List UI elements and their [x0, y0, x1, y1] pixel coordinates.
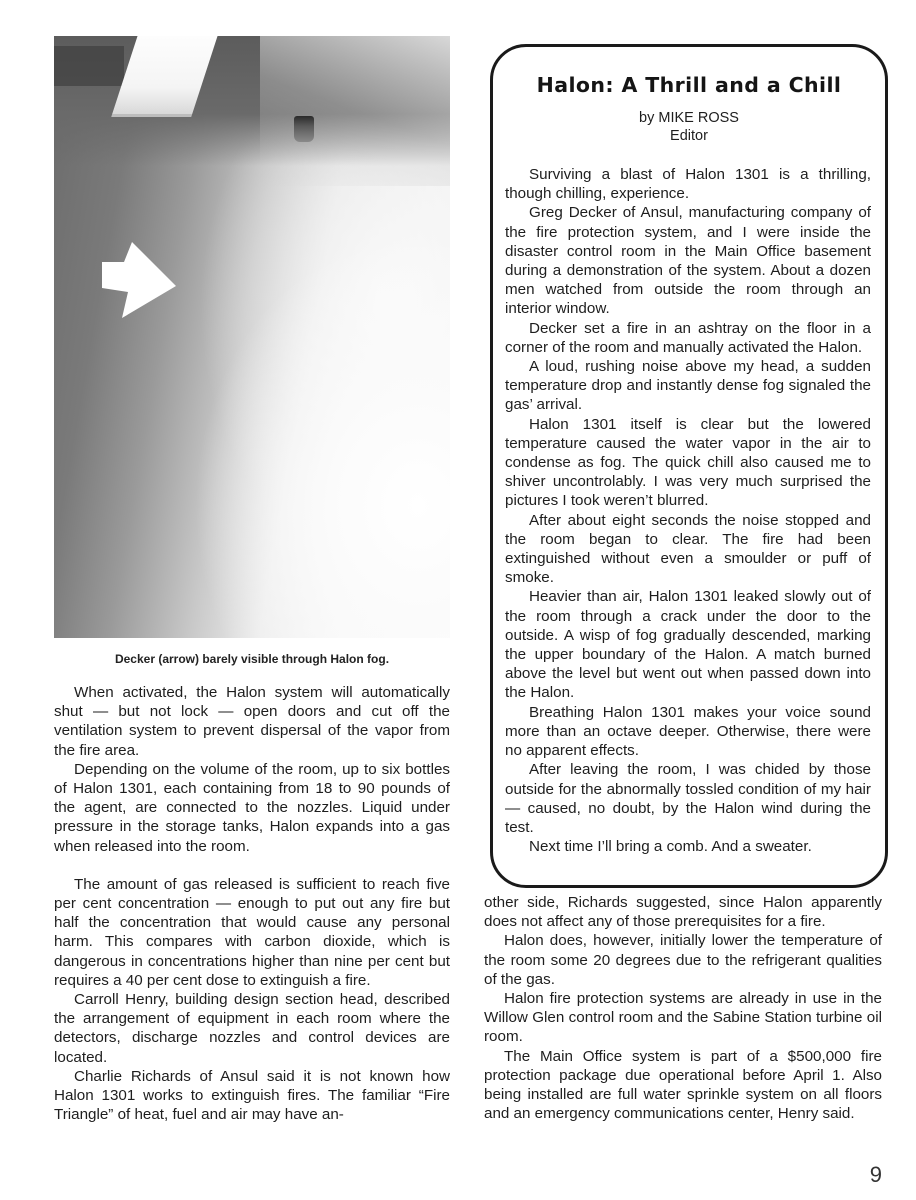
white-arrow-icon [102, 242, 176, 318]
left-column: When activated, the Halon system will au… [54, 683, 450, 1124]
right-paragraph: other side, Richards suggested, since Ha… [484, 893, 882, 931]
sidebar-paragraph: Heavier than air, Halon 1301 leaked slow… [505, 587, 871, 702]
right-paragraph: Halon fire protection systems are alread… [484, 989, 882, 1047]
left-paragraph: When activated, the Halon system will au… [54, 683, 450, 760]
left-paragraph: Carroll Henry, building design section h… [54, 990, 450, 1067]
sidebar-paragraph: Greg Decker of Ansul, manufacturing comp… [505, 203, 871, 318]
sidebar-byline: by MIKE ROSS Editor [493, 109, 885, 145]
sidebar-paragraph: After about eight seconds the noise stop… [505, 511, 871, 588]
sidebar-body: Surviving a blast of Halon 1301 is a thr… [505, 165, 871, 856]
photo-caption: Decker (arrow) barely visible through Ha… [54, 652, 450, 666]
right-column: other side, Richards suggested, since Ha… [484, 893, 882, 1123]
sidebar-paragraph: Decker set a fire in an ashtray on the f… [505, 319, 871, 357]
halon-fog-photo [54, 36, 450, 638]
sidebar-paragraph: Breathing Halon 1301 makes your voice so… [505, 703, 871, 761]
left-paragraph: Charlie Richards of Ansul said it is not… [54, 1067, 450, 1125]
author-role: Editor [493, 127, 885, 145]
sidebar-paragraph: Halon 1301 itself is clear but the lower… [505, 415, 871, 511]
sidebar-paragraph: Surviving a blast of Halon 1301 is a thr… [505, 165, 871, 203]
sidebar-paragraph: After leaving the room, I was chided by … [505, 760, 871, 837]
ceiling-fog-highlight [260, 36, 450, 186]
left-paragraph: Depending on the volume of the room, up … [54, 760, 450, 856]
ceiling-vent [54, 46, 124, 86]
left-paragraph: The amount of gas released is sufficient… [54, 875, 450, 990]
author-name: by MIKE ROSS [493, 109, 885, 127]
sidebar-title: Halon: A Thrill and a Chill [493, 73, 885, 97]
right-paragraph: Halon does, however, initially lower the… [484, 931, 882, 989]
sidebar-article-box: Halon: A Thrill and a Chill by MIKE ROSS… [490, 44, 888, 888]
page-number: 9 [870, 1162, 882, 1188]
right-paragraph: The Main Office system is part of a $500… [484, 1047, 882, 1124]
halon-nozzle [294, 116, 314, 142]
sidebar-paragraph: Next time I’ll bring a comb. And a sweat… [505, 837, 871, 856]
sidebar-paragraph: A loud, rushing noise above my head, a s… [505, 357, 871, 415]
